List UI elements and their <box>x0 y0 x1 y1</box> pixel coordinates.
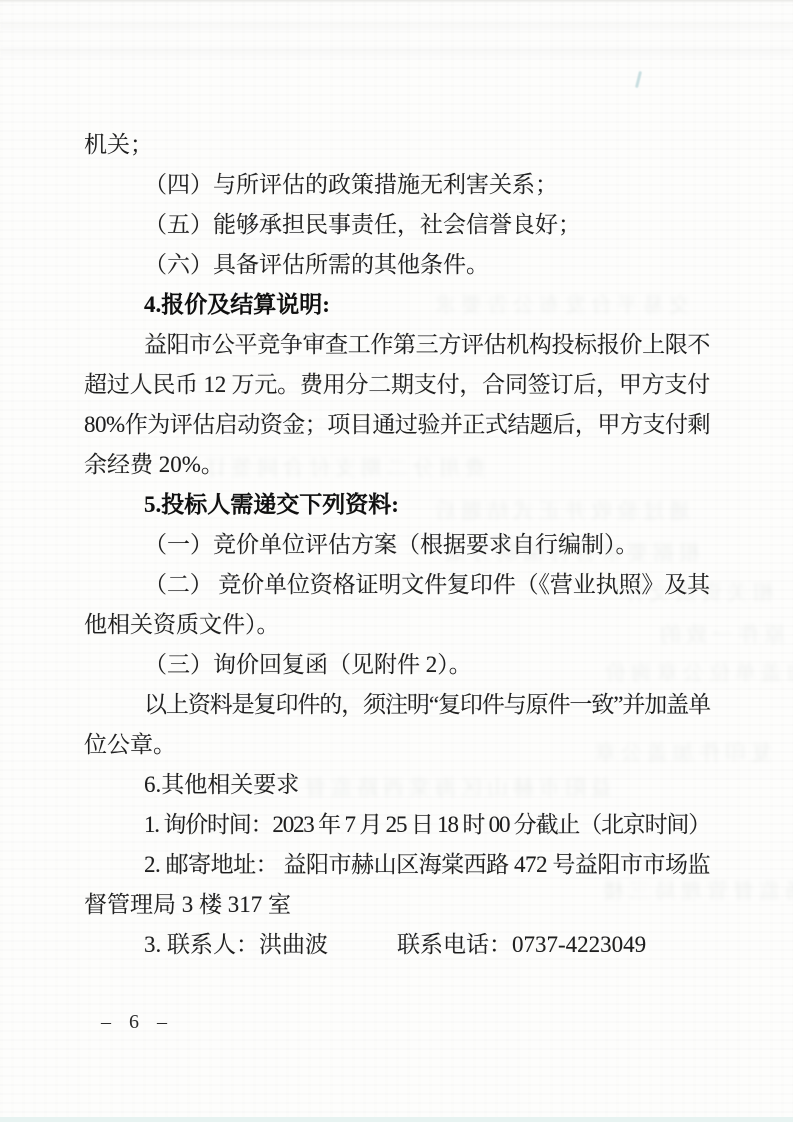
section-5-heading: 5.投标人需递交下列资料: <box>84 485 710 525</box>
text-line: （四）与所评估的政策措施无利害关系； <box>84 165 710 205</box>
section-6-heading: 6.其他相关要求 <box>84 765 710 805</box>
text-line: （一）竞价单位评估方案（根据要求自行编制）。 <box>84 525 710 565</box>
text-line: 位公章。 <box>84 725 710 765</box>
document-body: 机关； （四）与所评估的政策措施无利害关系； （五）能够承担民事责任，社会信誉良… <box>84 125 710 965</box>
text-line: 余经费 20%。 <box>84 445 710 485</box>
section-4-heading: 4.报价及结算说明: <box>84 285 710 325</box>
text-line: （五）能够承担民事责任，社会信誉良好； <box>84 205 710 245</box>
scan-noise-streak <box>0 48 793 55</box>
text-line: 益阳市公平竞争审查工作第三方评估机构投标报价上限不 <box>84 325 710 365</box>
text-line: 超过人民币 12 万元。费用分二期支付，合同签订后，甲方支付 <box>84 365 710 405</box>
text-line: 2. 邮寄地址： 益阳市赫山区海棠西路 472 号益阳市市场监 <box>84 845 710 885</box>
document-page: 交易平台发布公告要求 费用分二期支付合同签订 通过验收并正式结题后 根据要求自行… <box>0 0 793 1122</box>
scan-noise-streak <box>0 22 793 29</box>
text-line: 80%作为评估启动资金；项目通过验并正式结题后，甲方支付剩 <box>84 405 710 445</box>
scan-bottom-edge <box>0 1117 793 1122</box>
text-line: 3. 联系人：洪曲波 联系电话：0737-4223049 <box>84 925 710 965</box>
page-number: – 6 – <box>101 1008 170 1036</box>
text-line: 以上资料是复印件的，须注明“复印件与原件一致”并加盖单 <box>84 685 710 725</box>
text-line: 他相关资质文件）。 <box>84 605 710 645</box>
text-line: 1. 询价时间：2023 年 7 月 25 日 18 时 00 分截止（北京时间… <box>84 805 710 845</box>
text-line: （三）询价回复函（见附件 2）。 <box>84 645 710 685</box>
text-line: 机关； <box>84 125 710 165</box>
scan-pen-mark <box>635 71 642 88</box>
text-line: （二） 竞价单位资格证明文件复印件（《营业执照》及其 <box>84 565 710 605</box>
scan-top-edge <box>0 0 793 3</box>
text-line: （六）具备评估所需的其他条件。 <box>84 245 710 285</box>
text-line: 督管理局 3 楼 317 室 <box>84 885 710 925</box>
